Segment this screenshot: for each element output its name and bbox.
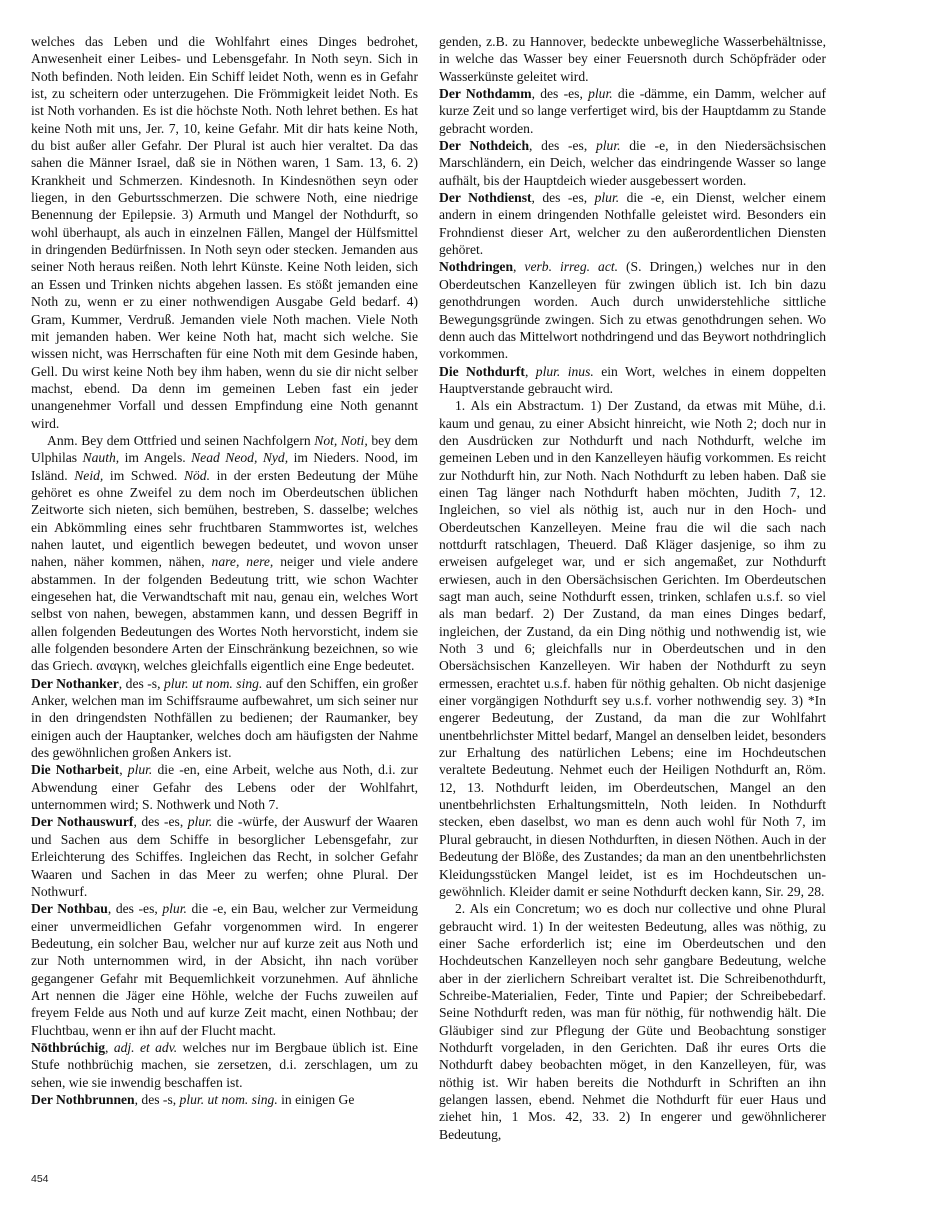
dictionary-entry: Der Nothdamm, des -es, plur. die -dämme,… xyxy=(439,85,826,137)
grammar-label: plur. xyxy=(595,190,620,205)
dictionary-entry: Der Nothbrunnen, des -s, plur. ut nom. s… xyxy=(31,1091,418,1108)
entry-text: , des -s, xyxy=(135,1092,180,1107)
entry-text: Anm. Bey dem Ottfried und seinen Nachfol… xyxy=(47,433,314,448)
entry-text: neiger und viele andere abstammen. In de… xyxy=(31,554,418,673)
dictionary-entry: Nōthbrúchig, adj. et adv. welches nur im… xyxy=(31,1039,418,1091)
grammar-label: Neid, xyxy=(74,468,103,483)
continued-text: genden, z.B. zu Hannover, bedeckte unbew… xyxy=(439,33,826,85)
grammar-label: plur. xyxy=(128,762,153,777)
entry-text: , des -es, xyxy=(532,86,588,101)
headword: Der Nothbau xyxy=(31,901,108,916)
headword: Der Nothauswurf xyxy=(31,814,133,829)
entry-text: im Schwed. xyxy=(103,468,184,483)
grammar-label: plur. inus. xyxy=(536,364,594,379)
grammar-label: plur. xyxy=(588,86,613,101)
headword: Der Nothdeich xyxy=(439,138,529,153)
dictionary-entry: Der Nothdienst, des -es, plur. die -e, e… xyxy=(439,189,826,258)
grammar-label: plur. xyxy=(188,814,213,829)
grammar-label: plur. xyxy=(596,138,621,153)
entry-subsense: 2. Als ein Concretum; wo es doch nur col… xyxy=(439,900,826,1143)
page-number: 454 xyxy=(31,1173,49,1185)
headword: Die Notharbeit xyxy=(31,762,119,777)
grammar-label: verb. irreg. act. xyxy=(524,259,618,274)
entry-text: genden, z.B. zu Hannover, bedeckte unbew… xyxy=(439,34,826,84)
entry-text: 1. Als ein Abstractum. 1) Der Zustand, d… xyxy=(439,398,826,899)
entry-text: , xyxy=(525,364,536,379)
entry-text: , xyxy=(513,259,524,274)
entry-subsense: 1. Als ein Abstractum. 1) Der Zustand, d… xyxy=(439,397,826,900)
grammar-label: Not, Noti, xyxy=(314,433,367,448)
headword: Der Nothdienst xyxy=(439,190,532,205)
headword: Die Nothdurft xyxy=(439,364,525,379)
entry-text: , des -es, xyxy=(529,138,596,153)
headword: Nōthbrúchig xyxy=(31,1040,105,1055)
entry-text: , xyxy=(119,762,128,777)
entry-text: , des -s, xyxy=(119,676,164,691)
dictionary-entry: Die Nothdurft, plur. inus. ein Wort, wel… xyxy=(439,363,826,398)
grammar-label: Nöd. xyxy=(184,468,210,483)
entry-text: in einigen Ge­ xyxy=(278,1092,355,1107)
entry-text: , des -es, xyxy=(108,901,163,916)
grammar-label: adj. et adv. xyxy=(114,1040,177,1055)
entry-text: , des -es, xyxy=(532,190,595,205)
entry-text: welches das Leben und die Wohlfahrt eine… xyxy=(31,34,418,431)
right-column: genden, z.B. zu Hannover, bedeckte unbew… xyxy=(439,33,826,1143)
dictionary-entry: Der Nothbau, des -es, plur. die -e, ein … xyxy=(31,900,418,1039)
entry-text: , xyxy=(105,1040,114,1055)
grammar-label: plur. ut nom. sing. xyxy=(180,1092,278,1107)
etymology-note: Anm. Bey dem Ottfried und seinen Nachfol… xyxy=(31,432,418,675)
dictionary-entry: Nothdringen, verb. irreg. act. (S. Dring… xyxy=(439,258,826,362)
grammar-label: plur. ut nom. sing. xyxy=(164,676,262,691)
grammar-label: Nauth, xyxy=(83,450,120,465)
headword: Der Nothdamm xyxy=(439,86,532,101)
headword: Nothdringen xyxy=(439,259,513,274)
entry-text: , des -es, xyxy=(133,814,187,829)
entry-text: die -e, ein Bau, welcher zur Ver­meidung… xyxy=(31,901,418,1037)
dictionary-entry: Der Nothauswurf, des -es, plur. die -wür… xyxy=(31,813,418,900)
dictionary-entry: Der Nothanker, des -s, plur. ut nom. sin… xyxy=(31,675,418,762)
dictionary-entry: Der Nothdeich, des -es, plur. die -e, in… xyxy=(439,137,826,189)
entry-text: im Angels. xyxy=(119,450,191,465)
grammar-label: plur. xyxy=(162,901,187,916)
dictionary-entry: Die Notharbeit, plur. die -en, eine Arbe… xyxy=(31,761,418,813)
entry-text: (S. Dringen,) welches nur in den Oberdeu… xyxy=(439,259,826,361)
grammar-label: nare, nere, xyxy=(212,554,274,569)
headword: Der Nothanker xyxy=(31,676,119,691)
grammar-label: Nead Neod, Nyd, xyxy=(191,450,288,465)
entry-text: 2. Als ein Concretum; wo es doch nur col… xyxy=(439,901,826,1141)
continued-text: welches das Leben und die Wohlfahrt eine… xyxy=(31,33,418,432)
headword: Der Nothbrunnen xyxy=(31,1092,135,1107)
left-column: welches das Leben und die Wohlfahrt eine… xyxy=(31,33,418,1108)
